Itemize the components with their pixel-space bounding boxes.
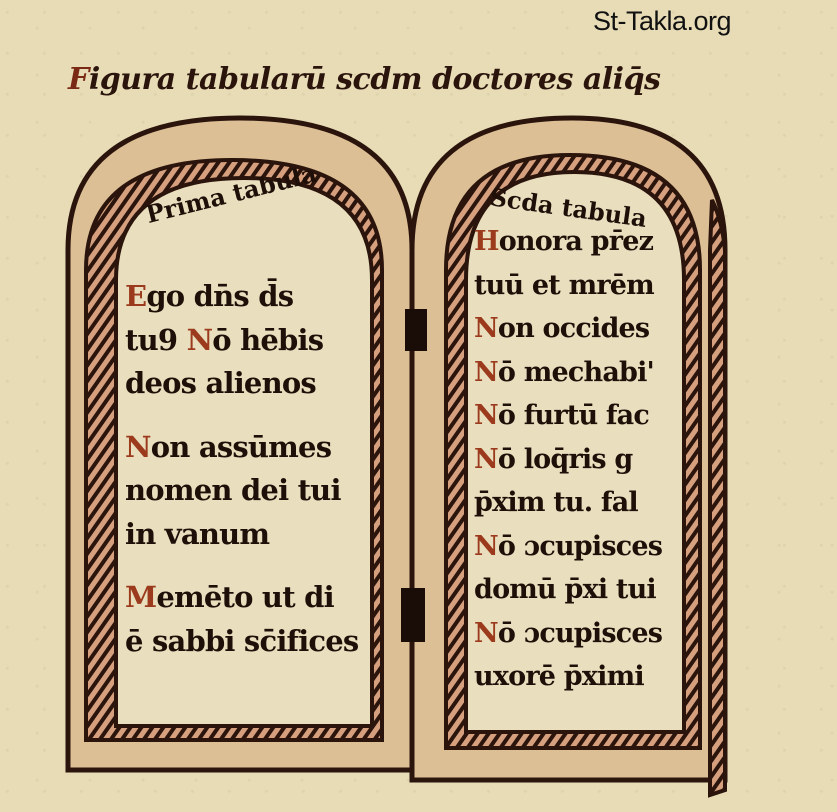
upper-clasp	[405, 309, 427, 351]
commandment-line: Nō loq̄ris g	[474, 438, 662, 482]
lower-clasp	[401, 588, 425, 642]
left-tablet-text: Ego dn̄s d̄s tu9 Nō hēbis deos alienos N…	[125, 275, 358, 663]
commandment-line: Memēto ut di	[125, 576, 358, 620]
commandment-line: Non occides	[474, 307, 662, 351]
commandment-line: ē sabbi sc̄ifices	[125, 620, 358, 664]
commandment-line: Non assūmes	[125, 426, 358, 470]
commandment-line: in vanum	[125, 513, 358, 557]
commandment-line: Nō mechabi'	[474, 351, 662, 395]
commandment-line: tuū et mrēm	[474, 264, 662, 308]
commandment-line: tu9 Nō hēbis	[125, 319, 358, 363]
commandment-line: nomen dei tui	[125, 469, 358, 513]
commandment-line: deos alienos	[125, 362, 358, 406]
commandment-line: domū p̄xi tui	[474, 568, 662, 612]
commandment-line: Honora pr̄ez	[474, 220, 662, 264]
commandment-line: Nō ɔcupisces	[474, 612, 662, 656]
commandment-line: Nō furtū fac	[474, 394, 662, 438]
commandment-line: Nō ɔcupisces	[474, 525, 662, 569]
commandment-line: uxorē p̄ximi	[474, 655, 662, 699]
commandment-line: Ego dn̄s d̄s	[125, 275, 358, 319]
right-tablet-text: Honora pr̄ez tuū et mrēm Non occides Nō …	[474, 220, 662, 699]
commandment-line: p̄xim tu. fal	[474, 481, 662, 525]
